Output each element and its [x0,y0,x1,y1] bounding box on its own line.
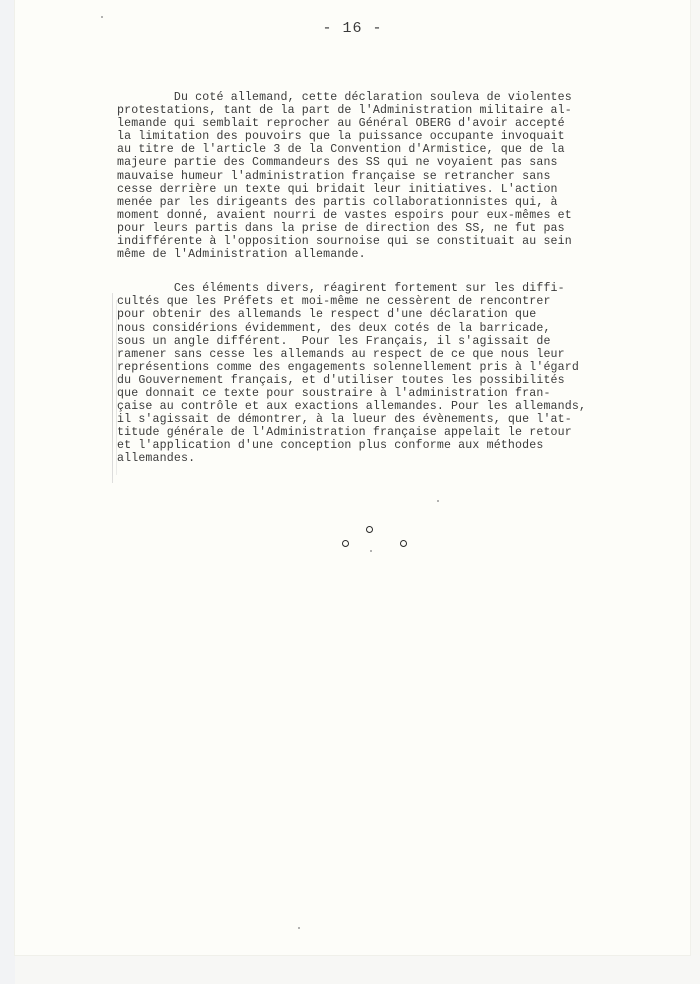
text-line: et l'application d'une conception plus c… [117,439,687,452]
text-line: moment donné, avaient nourri de vastes e… [117,209,687,222]
scan-speck [437,500,439,502]
text-line: pour obtenir des allemands le respect d'… [117,308,687,321]
text-line: titude générale de l'Administration fran… [117,426,687,439]
text-line: du Gouvernement français, et d'utiliser … [117,374,687,387]
text-line: Ces éléments divers, réagirent fortement… [117,282,687,295]
text-line: indifférente à l'opposition sournoise qu… [117,235,687,248]
text-line: allemandes. [117,452,687,465]
text-line: pour leurs partis dans la prise de direc… [117,222,687,235]
text-line: sous un angle différent. Pour les França… [117,335,687,348]
text-line: ramener sans cesse les allemands au resp… [117,348,687,361]
text-line: menée par les dirigeants des partis coll… [117,196,687,209]
text-line: lemande qui semblait reprocher au Généra… [117,117,687,130]
text-line: au titre de l'article 3 de la Convention… [117,143,687,156]
paragraph-2: Ces éléments divers, réagirent fortement… [117,282,687,465]
text-line: mauvaise humeur l'administration françai… [117,170,687,183]
text-line: cultés que les Préfets et moi-même ne ce… [117,295,687,308]
text-line: que donnait ce texte pour soustraire à l… [117,387,687,400]
text-line: même de l'Administration allemande. [117,248,687,261]
ornament-circle-icon [342,540,349,547]
text-line: çaise au contrôle et aux exactions allem… [117,400,687,413]
text-line: nous considérions évidemment, des deux c… [117,322,687,335]
scan-speck [298,927,300,929]
text-line: Du coté allemand, cette déclaration soul… [117,91,687,104]
text-line: cesse derrière un texte qui bridait leur… [117,183,687,196]
text-line: la limitation des pouvoirs que la puissa… [117,130,687,143]
margin-pencil-line [112,293,113,483]
text-line: représentions comme des engagements sole… [117,361,687,374]
text-line: protestations, tant de la part de l'Admi… [117,104,687,117]
text-line: il s'agissait de démontrer, à la lueur d… [117,413,687,426]
scan-left-edge [0,0,15,984]
ornament-circle-icon [366,526,373,533]
ornament-circle-icon [400,540,407,547]
paragraph-1: Du coté allemand, cette déclaration soul… [117,91,687,261]
scan-speck [370,550,372,552]
page-number: - 16 - [15,20,690,37]
scan-bottom-edge [15,955,700,984]
typewritten-body: Du coté allemand, cette déclaration soul… [117,91,687,466]
scan-speck [101,16,103,18]
text-line: majeure partie des Commandeurs des SS qu… [117,156,687,169]
